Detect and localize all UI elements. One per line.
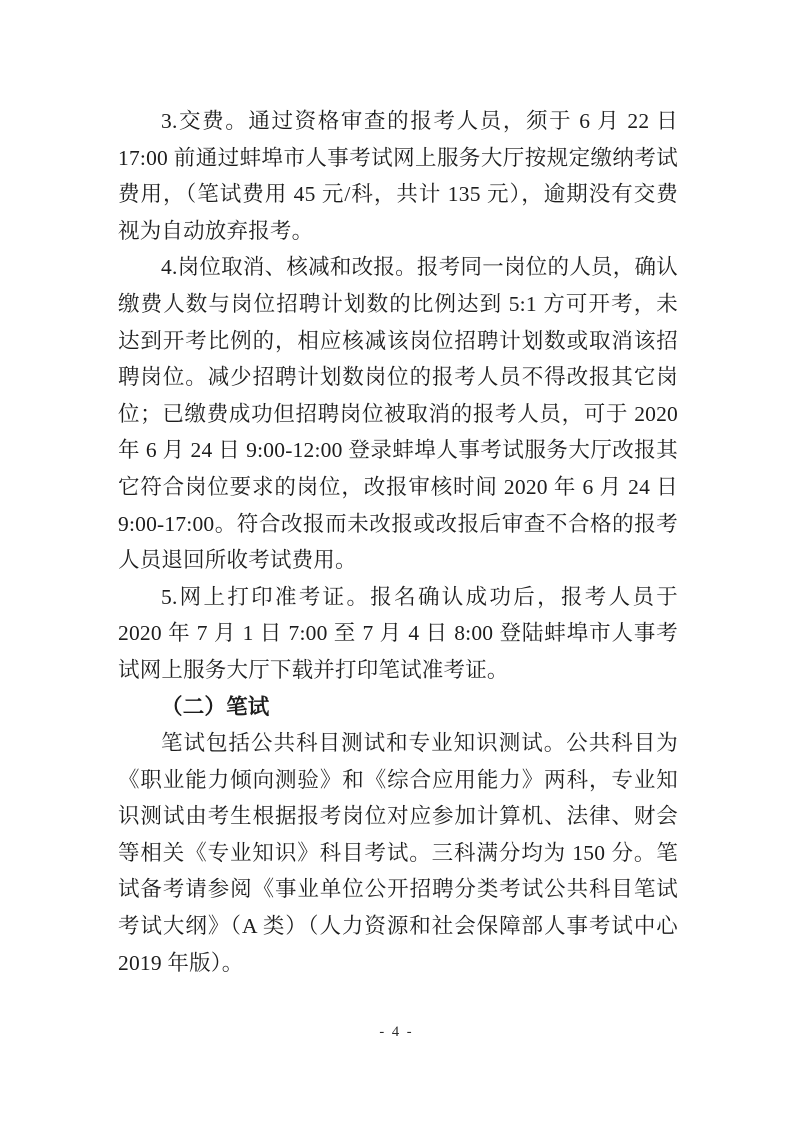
document-page: 3.交费。通过资格审查的报考人员，须于 6 月 22 日 17:00 前通过蚌埠… (0, 0, 793, 1122)
paragraph-position-cancellation: 4.岗位取消、核减和改报。报考同一岗位的人员，确认缴费人数与岗位招聘计划数的比例… (118, 249, 678, 578)
paragraph-fee-payment: 3.交费。通过资格审查的报考人员，须于 6 月 22 日 17:00 前通过蚌埠… (118, 103, 678, 249)
section-heading-written-test: （二）笔试 (118, 689, 678, 726)
paragraph-written-test-content: 笔试包括公共科目测试和专业知识测试。公共科目为《职业能力倾向测验》和《综合应用能… (118, 725, 678, 981)
page-number: - 4 - (0, 1024, 793, 1041)
paragraph-print-admission-ticket: 5.网上打印准考证。报名确认成功后，报考人员于 2020 年 7 月 1 日 7… (118, 579, 678, 689)
document-body: 3.交费。通过资格审查的报考人员，须于 6 月 22 日 17:00 前通过蚌埠… (118, 103, 678, 981)
